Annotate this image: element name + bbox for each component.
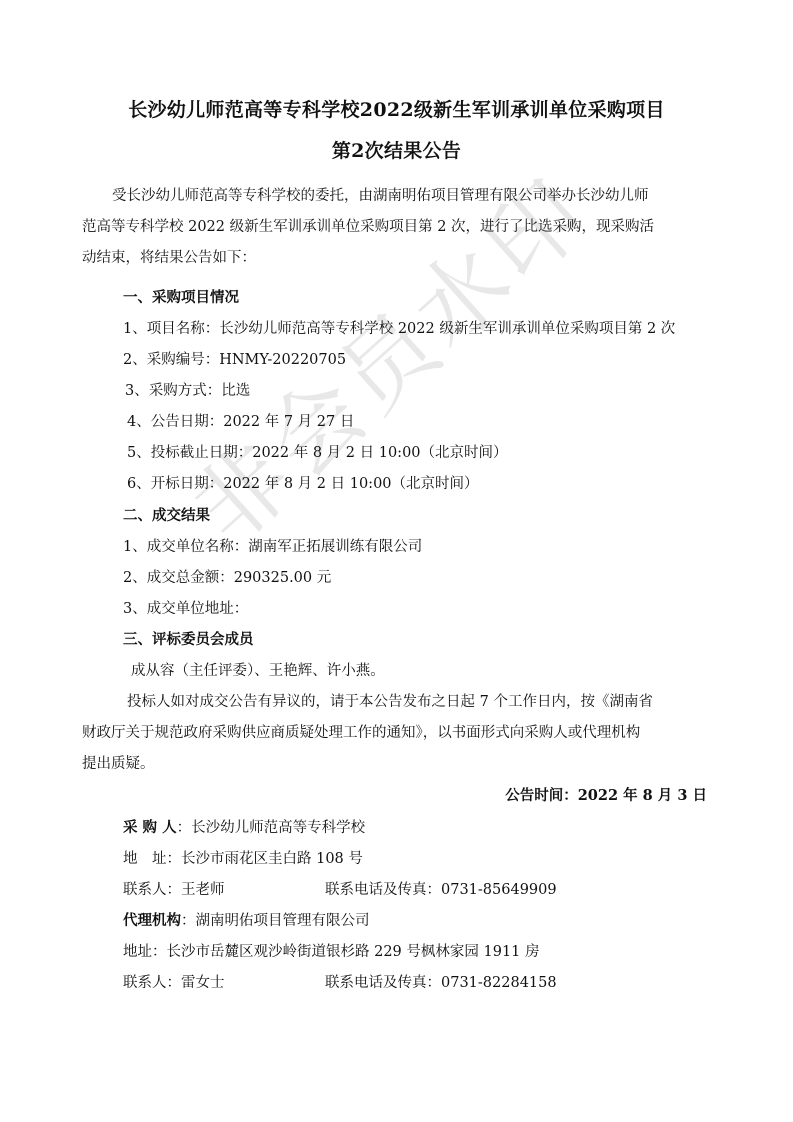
objection-line-3: 提出质疑。 [82,752,155,773]
agency-contact: 联系人：雷女士 [123,975,225,991]
section2-item: 1、成交单位名称：湖南军正拓展训练有限公司 [123,535,422,556]
section2-item: 3、成交单位地址： [123,597,248,618]
section1-heading: 一、采购项目情况 [123,286,239,307]
publish-time: 公告时间：2022 年 8 月 3 日 [505,784,707,805]
section1-item: 6、开标日期：2022 年 8 月 2 日 10:00（北京时间） [127,472,479,493]
section1-item: 4、公告日期：2022 年 7 月 27 日 [127,410,354,431]
agency-row: 代理机构：湖南明佑项目管理有限公司 [123,909,370,930]
committee-members: 成从容（主任评委）、王艳辉、许小燕。 [131,659,385,680]
purchaser-name: ：长沙幼儿师范高等专科学校 [177,820,366,836]
objection-line-1: 投标人如对成交公告有异议的，请于本公告发布之日起 7 个工作日内，按《湖南省 [127,690,653,711]
purchaser-row: 采 购 人：长沙幼儿师范高等专科学校 [123,816,365,837]
purchaser-label: 采 购 人 [123,819,177,836]
document-page: 非会员水印 长沙幼儿师范高等专科学校2022级新生军训承训单位采购项目 第2次结… [0,0,793,1122]
intro-line-2: 范高等专科学校 2022 级新生军训承训单位采购项目第 2 次，进行了比选采购，… [82,215,654,236]
objection-line-2: 财政厅关于规范政府采购供应商质疑处理工作的通知》，以书面形式向采购人或代理机构 [82,721,640,742]
section1-item: 1、项目名称：长沙幼儿师范高等专科学校 2022 级新生军训承训单位采购项目第 … [123,317,675,338]
title-line-1: 长沙幼儿师范高等专科学校2022级新生军训承训单位采购项目 [0,95,793,122]
section1-item: 5、投标截止日期：2022 年 8 月 2 日 10:00（北京时间） [127,441,508,462]
section1-item: 3、采购方式：比选 [125,379,250,400]
intro-line-1: 受长沙幼儿师范高等专科学校的委托，由湖南明佑项目管理有限公司举办长沙幼儿师 [112,184,649,205]
title-line-2: 第2次结果公告 [0,136,793,163]
agency-contact-row: 联系人：雷女士 联系电话及传真：0731-82284158 [123,971,723,992]
agency-address: 地址：长沙市岳麓区观沙岭街道银杉路 229 号枫林家园 1911 房 [123,940,540,961]
agency-phone: 联系电话及传真：0731-82284158 [325,971,557,992]
purchaser-phone: 联系电话及传真：0731-85649909 [325,878,557,899]
agency-name: ：湖南明佑项目管理有限公司 [181,913,370,929]
section2-heading: 二、成交结果 [123,504,210,525]
intro-line-3: 动结束，将结果公告如下： [82,246,256,267]
section1-item: 2、采购编号：HNMY-20220705 [123,348,346,369]
agency-label: 代理机构 [123,912,181,929]
purchaser-address: 地 址：长沙市雨花区圭白路 108 号 [123,847,363,868]
purchaser-contact: 联系人：王老师 [123,882,225,898]
purchaser-contact-row: 联系人：王老师 联系电话及传真：0731-85649909 [123,878,723,899]
section3-heading: 三、评标委员会成员 [123,628,254,649]
section2-item: 2、成交总金额：290325.00 元 [123,566,331,587]
